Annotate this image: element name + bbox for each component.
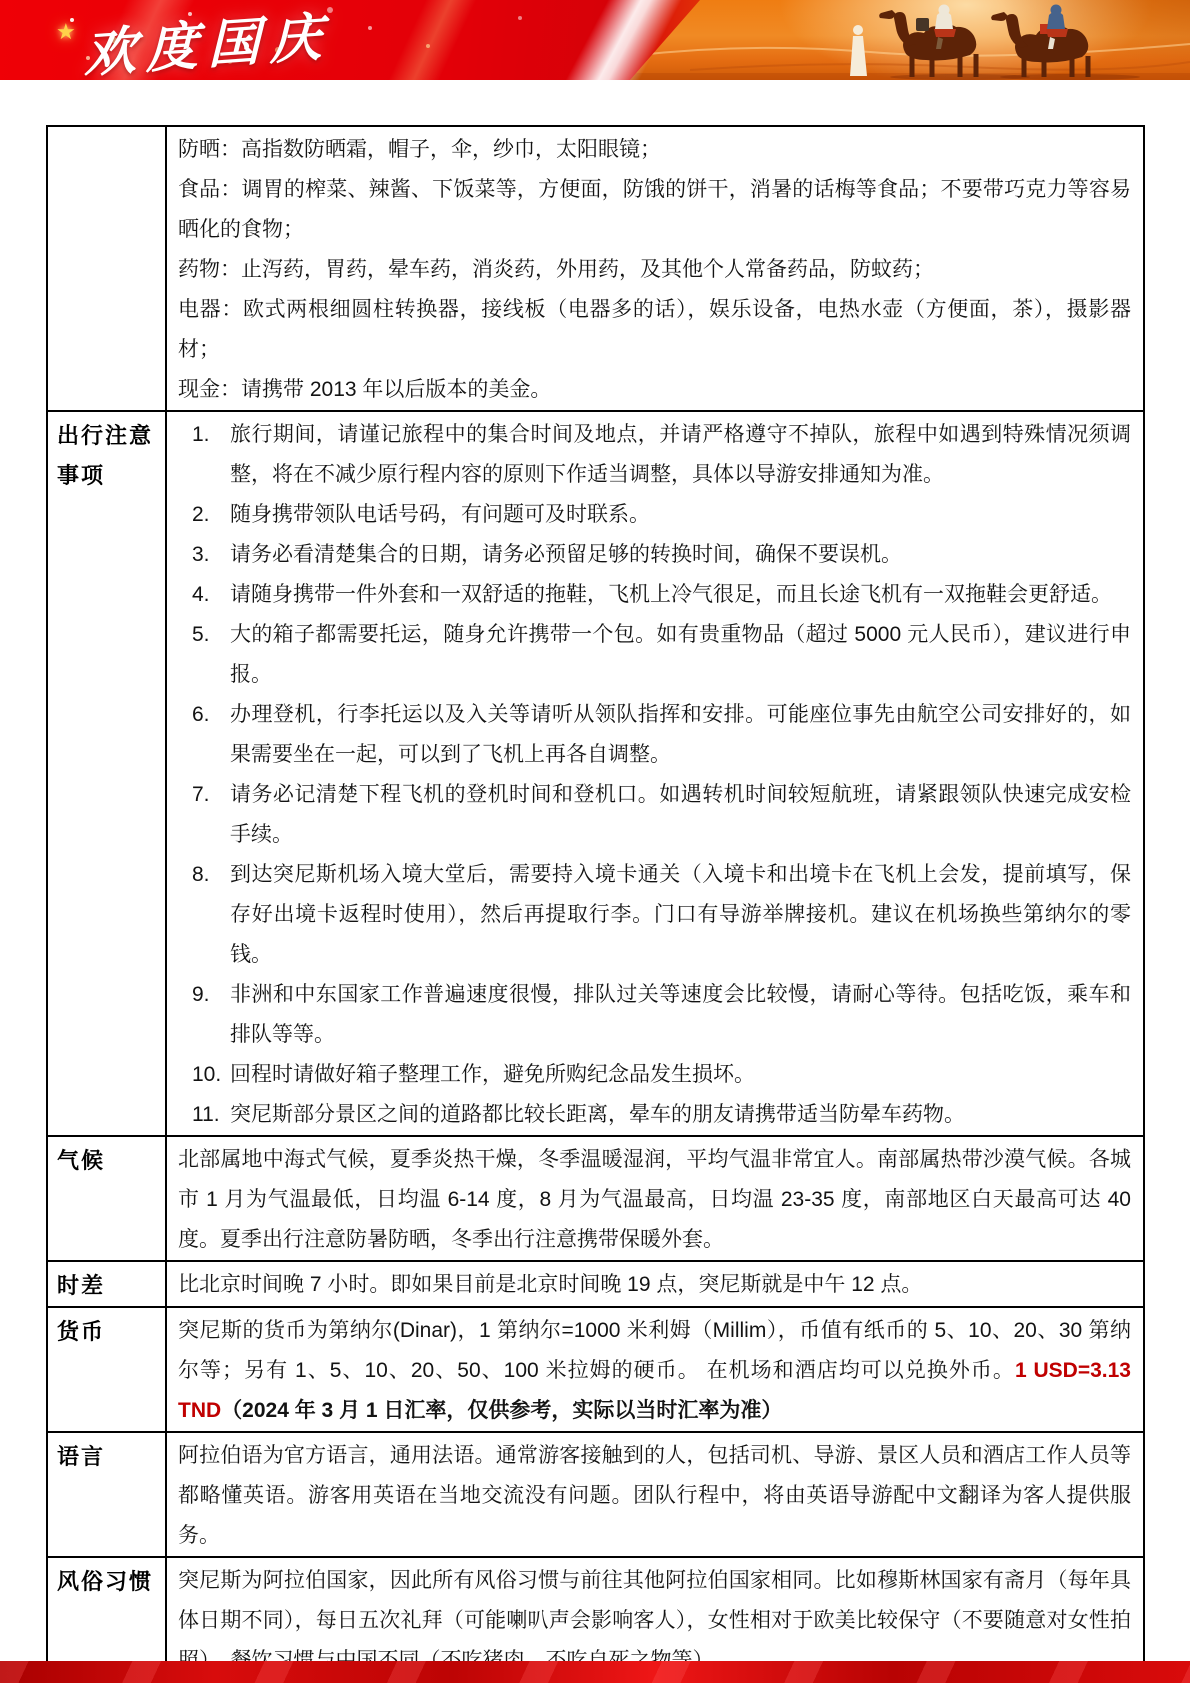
paragraph-medicine: 药物：止泻药，胃药，晕车药，消炎药，外用药，及其他个人常备药品，防蚊药； — [178, 250, 1131, 290]
exchange-rate-note: （2024 年 3 月 1 日汇率，仅供参考，实际以当时汇率为准） — [221, 1399, 782, 1422]
list-item: 3.请务必看清楚集合的日期，请务必预留足够的转换时间，确保不要误机。 — [178, 535, 1131, 575]
table-row-currency: 货币 突尼斯的货币为第纳尔(Dinar)，1 第纳尔=1000 米利姆（Mill… — [47, 1307, 1144, 1432]
table-row-climate: 气候 北部属地中海式气候，夏季炎热干燥，冬季温暖湿润，平均气温非常宜人。南部属热… — [47, 1136, 1144, 1261]
list-number: 4. — [192, 575, 230, 615]
currency-description: 突尼斯的货币为第纳尔(Dinar)，1 第纳尔=1000 米利姆（Millim）… — [178, 1319, 1131, 1382]
row-header-language: 语言 — [47, 1432, 166, 1557]
list-number: 5. — [192, 615, 230, 695]
climate-cell: 北部属地中海式气候，夏季炎热干燥，冬季温暖湿润，平均气温非常宜人。南部属热带沙漠… — [166, 1136, 1144, 1261]
paragraph-cash: 现金：请携带 2013 年以后版本的美金。 — [178, 370, 1131, 410]
list-text: 旅行期间，请谨记旅程中的集合时间及地点，并请严格遵守不掉队，旅程中如遇到特殊情况… — [230, 415, 1131, 495]
list-item: 10.回程时请做好箱子整理工作，避免所购纪念品发生损坏。 — [178, 1055, 1131, 1095]
packing-list-cell: 防晒：高指数防晒霜，帽子，伞，纱巾，太阳眼镜； 食品：调胃的榨菜、辣酱、下饭菜等… — [166, 126, 1144, 411]
currency-cell: 突尼斯的货币为第纳尔(Dinar)，1 第纳尔=1000 米利姆（Millim）… — [166, 1307, 1144, 1432]
travel-notes-cell: 1.旅行期间，请谨记旅程中的集合时间及地点，并请严格遵守不掉队，旅程中如遇到特殊… — [166, 411, 1144, 1136]
banner-title: 欢度国庆 — [84, 0, 331, 80]
row-header-cell — [47, 126, 166, 411]
list-text: 办理登机，行李托运以及入关等请听从领队指挥和安排。可能座位事先由航空公司安排好的… — [230, 695, 1131, 775]
list-item: 5.大的箱子都需要托运，随身允许携带一个包。如有贵重物品（超过 5000 元人民… — [178, 615, 1131, 695]
list-number: 9. — [192, 975, 230, 1055]
row-header-timezone: 时差 — [47, 1261, 166, 1307]
camel-silhouette — [991, 5, 1088, 78]
list-text: 突尼斯部分景区之间的道路都比较长距离，晕车的朋友请携带适当防晕车药物。 — [230, 1095, 1131, 1135]
table-row-notes: 出行注意事项 1.旅行期间，请谨记旅程中的集合时间及地点，并请严格遵守不掉队，旅… — [47, 411, 1144, 1136]
list-item: 6.办理登机，行李托运以及入关等请听从领队指挥和安排。可能座位事先由航空公司安排… — [178, 695, 1131, 775]
row-header-currency: 货币 — [47, 1307, 166, 1432]
list-item: 8.到达突尼斯机场入境大堂后，需要持入境卡通关（入境卡和出境卡在飞机上会发，提前… — [178, 855, 1131, 975]
list-number: 10. — [192, 1055, 230, 1095]
list-text: 请随身携带一件外套和一双舒适的拖鞋，飞机上冷气很足，而且长途飞机有一双拖鞋会更舒… — [230, 575, 1131, 615]
festive-header-banner: ★ 欢度国庆 — [0, 0, 1190, 80]
camel-caravan-illustration — [630, 0, 1190, 80]
list-item: 11.突尼斯部分景区之间的道路都比较长距离，晕车的朋友请携带适当防晕车药物。 — [178, 1095, 1131, 1135]
row-header-travel-notes: 出行注意事项 — [47, 411, 166, 1136]
list-text: 非洲和中东国家工作普遍速度很慢，排队过关等速度会比较慢，请耐心等待。包括吃饭，乘… — [230, 975, 1131, 1055]
list-number: 1. — [192, 415, 230, 495]
list-text: 请务必记清楚下程飞机的登机时间和登机口。如遇转机时间较短航班，请紧跟领队快速完成… — [230, 775, 1131, 855]
list-number: 7. — [192, 775, 230, 855]
travel-info-table: 防晒：高指数防晒霜，帽子，伞，纱巾，太阳眼镜； 食品：调胃的榨菜、辣酱、下饭菜等… — [46, 125, 1145, 1683]
list-item: 1.旅行期间，请谨记旅程中的集合时间及地点，并请严格遵守不掉队，旅程中如遇到特殊… — [178, 415, 1131, 495]
document-page: ★ 欢度国庆 防晒：高指数防晒霜，帽子，伞，纱巾，太阳眼镜； 食品：调胃的榨菜、… — [0, 0, 1190, 1683]
table-row-packing: 防晒：高指数防晒霜，帽子，伞，纱巾，太阳眼镜； 食品：调胃的榨菜、辣酱、下饭菜等… — [47, 126, 1144, 411]
language-text: 阿拉伯语为官方语言，通用法语。通常游客接触到的人，包括司机、导游、景区人员和酒店… — [178, 1436, 1131, 1556]
currency-text: 突尼斯的货币为第纳尔(Dinar)，1 第纳尔=1000 米利姆（Millim）… — [178, 1311, 1131, 1431]
banner-title-wrap: ★ 欢度国庆 — [56, 2, 332, 78]
list-number: 2. — [192, 495, 230, 535]
list-number: 11. — [192, 1095, 230, 1135]
list-item: 4.请随身携带一件外套和一双舒适的拖鞋，飞机上冷气很足，而且长途飞机有一双拖鞋会… — [178, 575, 1131, 615]
list-text: 大的箱子都需要托运，随身允许携带一个包。如有贵重物品（超过 5000 元人民币）… — [230, 615, 1131, 695]
list-text: 到达突尼斯机场入境大堂后，需要持入境卡通关（入境卡和出境卡在飞机上会发，提前填写… — [230, 855, 1131, 975]
list-text: 回程时请做好箱子整理工作，避免所购纪念品发生损坏。 — [230, 1055, 1131, 1095]
walking-person-silhouette — [850, 25, 867, 76]
row-header-climate: 气候 — [47, 1136, 166, 1261]
desert-scene — [630, 0, 1190, 80]
timezone-text: 比北京时间晚 7 小时。即如果目前是北京时间晚 19 点，突尼斯就是中午 12 … — [178, 1265, 1131, 1305]
table-row-timezone: 时差 比北京时间晚 7 小时。即如果目前是北京时间晚 19 点，突尼斯就是中午 … — [47, 1261, 1144, 1307]
paragraph-sunscreen: 防晒：高指数防晒霜，帽子，伞，纱巾，太阳眼镜； — [178, 130, 1131, 170]
list-number: 8. — [192, 855, 230, 975]
list-text: 请务必看清楚集合的日期，请务必预留足够的转换时间，确保不要误机。 — [230, 535, 1131, 575]
list-number: 6. — [192, 695, 230, 775]
paragraph-electronics: 电器：欧式两根细圆柱转换器，接线板（电器多的话），娱乐设备，电热水壶（方便面，茶… — [178, 290, 1131, 370]
list-item: 9.非洲和中东国家工作普遍速度很慢，排队过关等速度会比较慢，请耐心等待。包括吃饭… — [178, 975, 1131, 1055]
list-number: 3. — [192, 535, 230, 575]
list-text: 随身携带领队电话号码，有问题可及时联系。 — [230, 495, 1131, 535]
list-item: 7.请务必记清楚下程飞机的登机时间和登机口。如遇转机时间较短航班，请紧跟领队快速… — [178, 775, 1131, 855]
table-row-language: 语言 阿拉伯语为官方语言，通用法语。通常游客接触到的人，包括司机、导游、景区人员… — [47, 1432, 1144, 1557]
climate-text: 北部属地中海式气候，夏季炎热干燥，冬季温暖湿润，平均气温非常宜人。南部属热带沙漠… — [178, 1140, 1131, 1260]
star-icon: ★ — [56, 19, 76, 45]
timezone-cell: 比北京时间晚 7 小时。即如果目前是北京时间晚 19 点，突尼斯就是中午 12 … — [166, 1261, 1144, 1307]
paragraph-food: 食品：调胃的榨菜、辣酱、下饭菜等，方便面，防饿的饼干，消暑的话梅等食品；不要带巧… — [178, 170, 1131, 250]
language-cell: 阿拉伯语为官方语言，通用法语。通常游客接触到的人，包括司机、导游、景区人员和酒店… — [166, 1432, 1144, 1557]
list-item: 2.随身携带领队电话号码，有问题可及时联系。 — [178, 495, 1131, 535]
footer-ribbon — [0, 1661, 1190, 1683]
